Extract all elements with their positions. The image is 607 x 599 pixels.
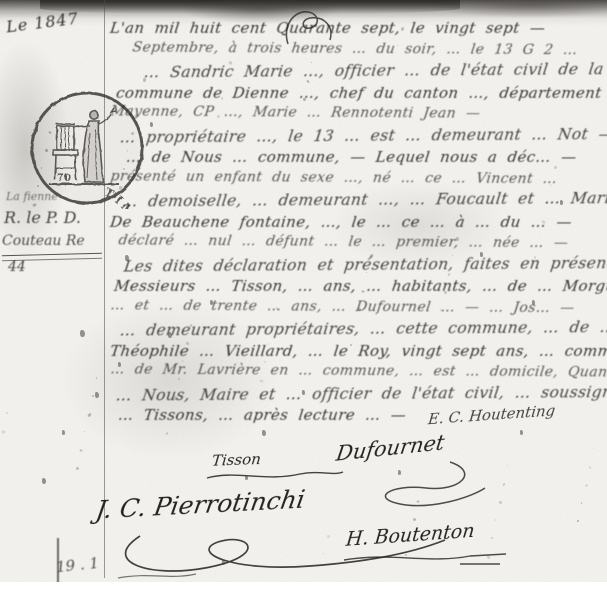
fly-speck: [491, 537, 494, 540]
ink-fleck: [42, 478, 46, 484]
fly-speck: [79, 449, 82, 451]
signature: H. Boutenton: [345, 519, 476, 550]
margin-note: Couteau Re: [2, 233, 85, 249]
fly-speck: [87, 413, 92, 418]
ink-fleck: [245, 475, 248, 480]
fly-speck: [507, 465, 508, 466]
margin-note: R. le P. D.: [4, 208, 81, 227]
fly-speck: [588, 466, 591, 470]
signature-flourish-icon: [330, 458, 490, 518]
fly-speck: [96, 377, 98, 379]
manuscript-line: déclaré … nul … défunt … le … premier, ……: [109, 232, 605, 257]
ink-fleck: [222, 560, 225, 565]
ink-fleck: [520, 430, 523, 435]
ink-fleck: [262, 430, 266, 436]
fly-speck: [6, 412, 9, 415]
manuscript-line: … de Nous … commune, — Lequel nous a déc…: [109, 148, 606, 170]
fly-speck: [165, 432, 169, 436]
ink-fleck: [80, 330, 85, 337]
signature: Dufournet: [335, 430, 447, 466]
fly-speck: [502, 483, 505, 487]
manuscript-line: commune de Dienne …, chef du canton …, d…: [109, 84, 606, 106]
manuscript-line: … Sandric Marie …, officier … de l'état …: [108, 60, 605, 85]
manuscript-line: … demoiselle, … demeurant …, … Foucault …: [108, 189, 605, 214]
signature: J. C. Pierrotinchi: [94, 484, 307, 524]
fly-speck: [581, 502, 583, 504]
margin-note-number: 44: [8, 259, 26, 275]
fly-speck: [494, 519, 496, 520]
bottom-margin-mark: 19 . 1: [55, 554, 100, 576]
fly-speck: [92, 395, 94, 397]
scanned-document-page: TIMBRE ROYAL 70 Le 1847 La: [0, 0, 607, 599]
ink-fleck: [398, 470, 401, 475]
fly-speck: [323, 553, 324, 555]
fly-speck: [593, 448, 594, 449]
ink-fleck: [95, 392, 99, 398]
manuscript-line: … de Mr. Lavrière en … commune, … est … …: [109, 361, 605, 386]
fly-speck: [84, 431, 85, 432]
manuscript-body: L'an mil huit cent Quarante sept, le vin…: [110, 19, 604, 428]
margin-note: La fienne: [6, 190, 58, 203]
fly-speck: [1, 430, 5, 433]
manuscript-line: Mayenne, CP …, Marie … Rennotenti Jean —: [109, 103, 605, 128]
signature-flourish-icon: [340, 548, 510, 568]
manuscript-line: Théophile … Vieillard, … le Roy, vingt s…: [109, 342, 606, 364]
signature: Tisson: [211, 450, 262, 470]
manuscript-line: … demeurant propriétaires, … cette commu…: [108, 318, 605, 343]
fly-speck: [327, 535, 331, 539]
fly-speck: [416, 500, 419, 503]
manuscript-line: Les dites déclaration et présentation, f…: [108, 254, 605, 279]
manuscript-line: L'an mil huit cent Quarante sept, le vin…: [109, 19, 606, 41]
scan-top-edge-dark-smudge: [40, 0, 460, 14]
scan-bottom-white-strip: [0, 582, 607, 599]
manuscript-line: Messieurs … Tisson, … ans, … habitants, …: [109, 277, 606, 299]
fly-speck: [498, 500, 502, 504]
signature-flourish-icon: [205, 468, 345, 486]
stamp-value: 70: [57, 173, 71, 184]
manuscript-line: De Beauchene fontaine, …, le … ce … à … …: [109, 213, 606, 235]
fly-speck: [405, 554, 407, 556]
fly-speck: [75, 466, 79, 470]
fly-speck: [577, 520, 580, 523]
ink-fleck: [62, 430, 65, 435]
fly-speck: [413, 518, 417, 522]
fly-speck: [486, 555, 491, 560]
fly-speck: [585, 484, 588, 487]
manuscript-line: … propriétaire …, le 13 … est … demeuran…: [108, 125, 605, 150]
